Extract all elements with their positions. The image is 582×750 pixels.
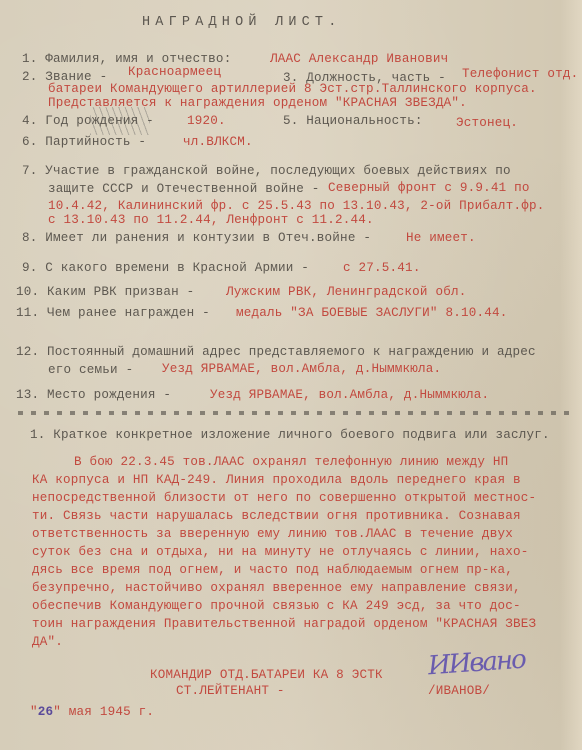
feat-line: В бою 22.3.45 тов.ЛААС охранял телефонну… — [74, 455, 508, 469]
field-9-value: с 27.5.41. — [343, 261, 421, 275]
feat-line: ответственность за вверенную ему линию т… — [32, 527, 513, 541]
field-3-value-line2: батареи Командующего артиллерией 8 Эст.с… — [48, 82, 537, 96]
feat-line: суток без сна и отдыха, ни на минуту не … — [32, 545, 528, 559]
field-7-label-line2: защите СССР и Отечественной войне - — [48, 182, 320, 196]
field-12-label-line2: его семьи - — [48, 363, 133, 377]
date-quote-open: " — [30, 705, 38, 719]
field-7-label-line1: 7. Участие в гражданской войне, последую… — [22, 164, 511, 178]
field-9-label: 9. С какого времени в Красной Армии - — [22, 261, 309, 275]
feat-heading: 1. Краткое конкретное изложение личного … — [30, 428, 550, 442]
feat-line: безупречно, настойчиво охранял вверенное… — [32, 581, 521, 595]
field-13-value: Уезд ЯРВАМАЕ, вол.Амбла, д.Ныммкюла. — [210, 388, 489, 402]
field-5-value: Эстонец. — [456, 116, 518, 130]
field-12-label-line1: 12. Постоянный домашний адрес представля… — [16, 345, 536, 359]
signer-rank: СТ.ЛЕЙТЕНАНТ - — [176, 684, 285, 698]
field-13-label: 13. Место рождения - — [16, 388, 171, 402]
field-2-value: Красноармеец — [128, 65, 221, 79]
paper-edge — [560, 0, 582, 750]
field-7-value-line2: 10.4.42, Калининский фр. с 25.5.43 по 13… — [48, 199, 544, 213]
document-title: НАГРАДНОЙ ЛИСТ. — [142, 16, 342, 30]
handwritten-signature: ИИвано — [427, 645, 526, 682]
date-line: "26" мая 1945 г. — [30, 705, 154, 719]
field-4-label: 4. Год рождения - — [22, 114, 154, 128]
feat-line: тоин награждения Правительственной награ… — [32, 617, 536, 631]
feat-line: дясь все время под огнем, и часто под на… — [32, 563, 513, 577]
field-6-label: 6. Партийность - — [22, 135, 146, 149]
feat-line: непосредственной близости от него по сов… — [32, 491, 536, 505]
feat-line: ДА". — [32, 635, 63, 649]
dashed-separator — [18, 411, 576, 415]
signer-name: /ИВАНОВ/ — [428, 684, 490, 698]
field-6-value: чл.ВЛКСМ. — [183, 135, 253, 149]
award-sheet: НАГРАДНОЙ ЛИСТ. 1. Фамилия, имя и отчест… — [0, 0, 582, 750]
date-day-handwritten: 26 — [38, 705, 54, 719]
field-5-label: 5. Национальность: — [283, 114, 423, 128]
signer-position: КОМАНДИР ОТД.БАТАРЕИ КА 8 ЭСТК — [150, 668, 383, 682]
feat-line: ти. Связь части нарушалась вследствии ог… — [32, 509, 521, 523]
field-7-value: Северный фронт с 9.9.41 по — [328, 181, 530, 195]
field-8-value: Не имеет. — [406, 231, 476, 245]
date-month-year: мая 1945 г. — [69, 705, 154, 719]
field-1-value: ЛААС Александр Иванович — [270, 52, 448, 66]
field-7-value-line3: с 13.10.43 по 11.2.44, Ленфронт с 11.2.4… — [48, 213, 374, 227]
field-10-value: Лужским РВК, Ленинградской обл. — [226, 285, 466, 299]
field-1-label: 1. Фамилия, имя и отчество: — [22, 52, 231, 66]
date-quote-close: " — [53, 705, 69, 719]
field-4-value: 1920. — [187, 114, 226, 128]
field-3-value: Телефонист отд. — [462, 67, 578, 81]
field-10-label: 10. Каким РВК призван - — [16, 285, 194, 299]
field-11-label: 11. Чем ранее награжден - — [16, 306, 210, 320]
field-8-label: 8. Имеет ли ранения и контузии в Отеч.во… — [22, 231, 371, 245]
field-12-value: Уезд ЯРВАМАЕ, вол.Амбла, д.Ныммкюла. — [162, 362, 441, 376]
feat-line: КА корпуса и НП КАД-249. Линия проходила… — [32, 473, 521, 487]
field-11-value: медаль "ЗА БОЕВЫЕ ЗАСЛУГИ" 8.10.44. — [236, 306, 508, 320]
feat-line: обеспечив Командующего прочной связью с … — [32, 599, 521, 613]
